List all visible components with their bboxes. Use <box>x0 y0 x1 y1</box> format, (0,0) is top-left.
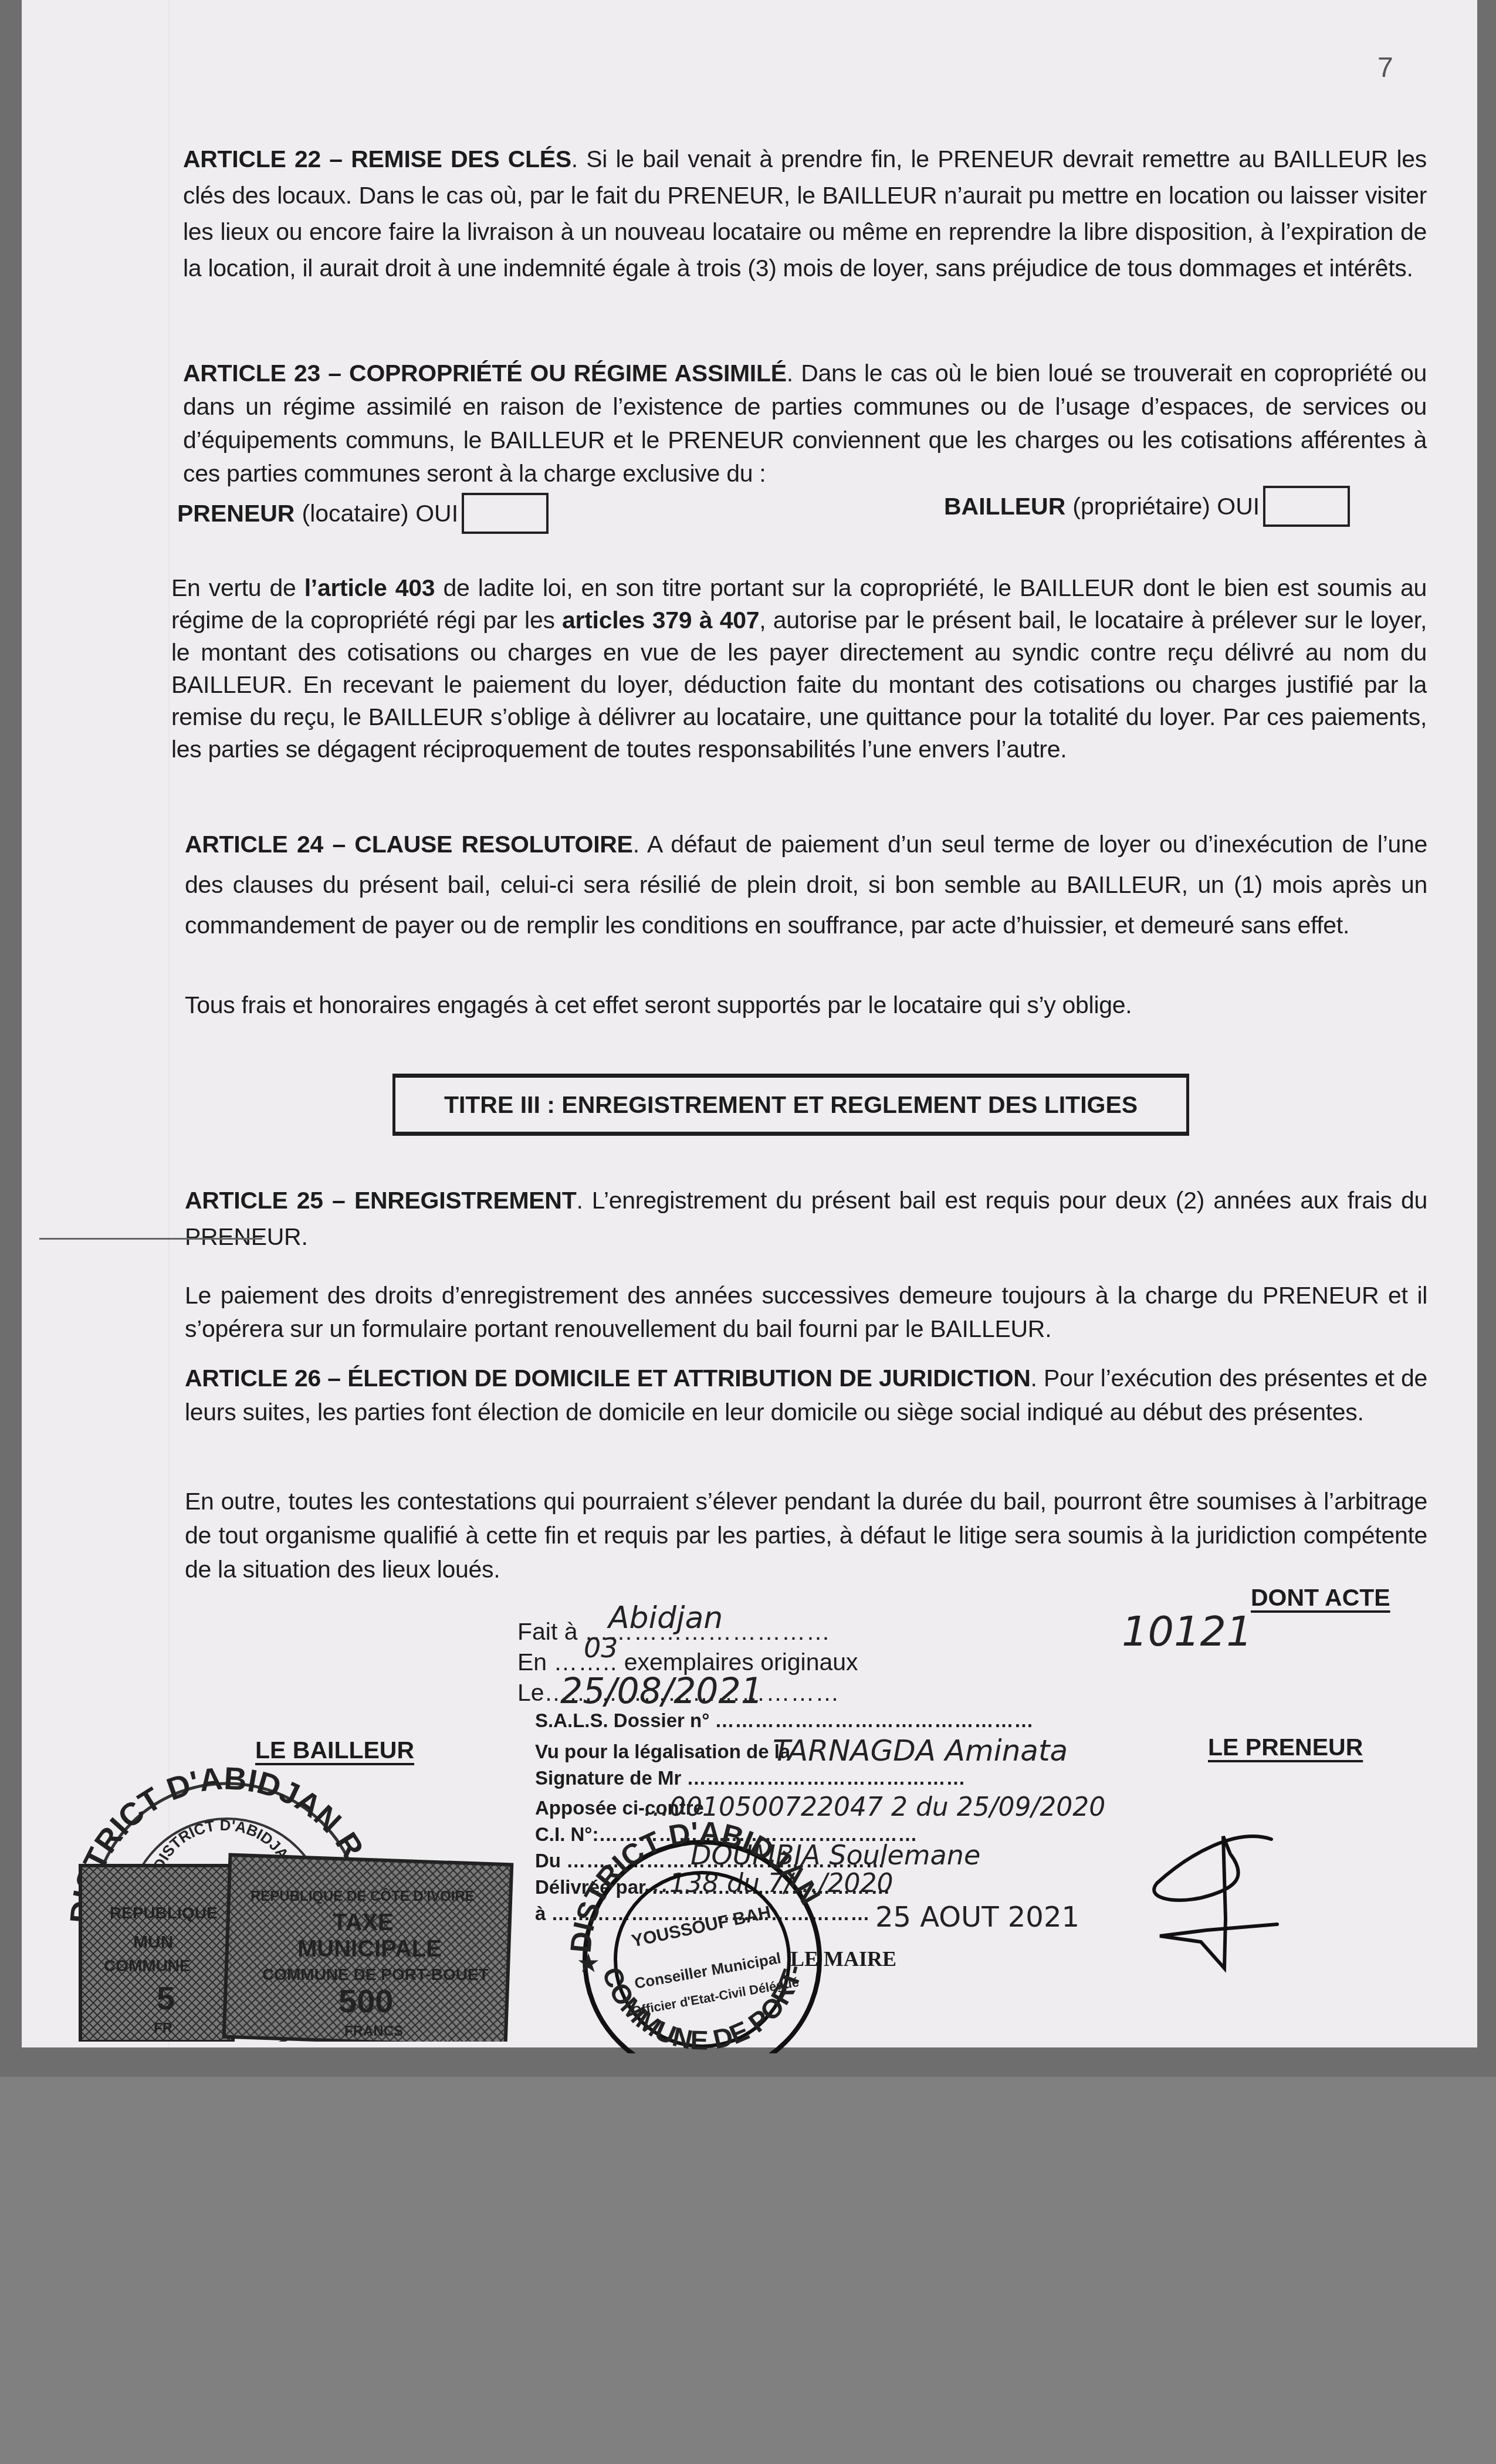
article-26-disputes: En outre, toutes les contestations qui p… <box>185 1484 1427 1586</box>
tax-stamp2-unit: FRANCS <box>344 2023 403 2039</box>
preneur-signature-label: LE PRENEUR <box>1208 1734 1363 1761</box>
en-label: En <box>517 1649 547 1676</box>
tax-stamp2-line4: COMMUNE DE PORT-BOUET <box>262 1965 489 1984</box>
dont-acte: DONT ACTE <box>1251 1584 1390 1612</box>
svg-text:★: ★ <box>578 1951 599 1976</box>
article-22-heading: ARTICLE 22 – REMISE DES CLÉS <box>183 145 571 172</box>
article-24-fees: Tous frais et honoraires engagés à cet e… <box>185 987 1427 1023</box>
choice-bailleur-label-bold: BAILLEUR <box>944 493 1065 520</box>
fait-label: Fait à <box>517 1618 578 1645</box>
article-25-payment: Le paiement des droits d’enregistrement … <box>185 1279 1427 1346</box>
tax-stamp1-unit: FR <box>154 2020 172 2036</box>
title-iii-box: TITRE III : ENREGISTREMENT ET REGLEMENT … <box>392 1074 1189 1136</box>
stamp-date: 25 AOUT 2021 <box>875 1901 1079 1934</box>
article-24: ARTICLE 24 – CLAUSE RESOLUTOIRE. A défau… <box>185 824 1427 946</box>
officer-name: YOUSSOUF BAH <box>630 1903 773 1951</box>
scan-artifact-line <box>39 1238 262 1240</box>
tax-stamp1-line2: MUN <box>133 1932 173 1952</box>
signature-name-handwritten: TARNAGDA Aminata <box>773 1734 1068 1768</box>
du-label: Du <box>535 1850 561 1871</box>
tax-stamp2-value: 500 <box>339 1982 393 2019</box>
tax-stamp2-line1: REPUBLIQUE DE CÔTE D'IVOIRE <box>251 1888 475 1904</box>
choice-preneur-label: (locataire) OUI <box>302 500 458 527</box>
article-25-heading: ARTICLE 25 – ENREGISTREMENT <box>185 1187 576 1214</box>
commune-port-bouet-stamp: DISTRICT D'ABIDJAN COMMUNE DE PORT-BOUET… <box>567 1819 849 2053</box>
dossier-handwritten: 10121 <box>1122 1607 1253 1656</box>
tax-stamp2-line3: MUNICIPALE <box>297 1936 442 1962</box>
choice-preneur: PRENEUR (locataire) OUI <box>177 493 549 534</box>
article-23: ARTICLE 23 – COPROPRIÉTÉ OU RÉGIME ASSIM… <box>183 357 1427 490</box>
article-403-paragraph: En vertu de l’article 403 de ladite loi,… <box>171 572 1427 766</box>
tax-stamp1-line1: REPUBLIQUE <box>110 1904 218 1922</box>
article-26-heading: ARTICLE 26 – ÉLECTION DE DOMICILE ET ATT… <box>185 1365 1031 1392</box>
document-page: 7 ARTICLE 22 – REMISE DES CLÉS. Si le ba… <box>22 0 1477 2047</box>
article-23-heading: ARTICLE 23 – COPROPRIÉTÉ OU RÉGIME ASSIM… <box>183 360 787 387</box>
signature-label: Signature de Mr <box>535 1767 681 1789</box>
tax-stamp1-line3: COMMUNE <box>104 1957 191 1975</box>
le-handwritten: 25/08/2021 <box>560 1671 763 1712</box>
article-26: ARTICLE 26 – ÉLECTION DE DOMICILE ET ATT… <box>185 1361 1427 1429</box>
choice-bailleur: BAILLEUR (propriétaire) OUI <box>944 486 1350 527</box>
a-label: à <box>535 1903 546 1924</box>
le-label: Le <box>517 1679 544 1706</box>
district-stamp-and-tax-stamps: DISTRICT D'ABIDJAN R.C.I DISTRICT D'ABID… <box>69 1748 515 2042</box>
text: En vertu de <box>171 574 304 601</box>
choice-preneur-label-bold: PRENEUR <box>177 500 295 527</box>
articles-379-407-ref: articles 379 à 407 <box>562 607 759 634</box>
article-403-ref: l’article 403 <box>304 574 435 601</box>
page-number: 7 <box>1377 52 1393 84</box>
article-25: ARTICLE 25 – ENREGISTREMENT. L’enregistr… <box>185 1182 1427 1255</box>
article-24-heading: ARTICLE 24 – CLAUSE RESOLUTOIRE <box>185 831 633 858</box>
vu-label: Vu pour la légalisation de la <box>535 1741 790 1762</box>
preneur-checkbox[interactable] <box>462 493 549 534</box>
tax-stamp1-value: 5 <box>157 1979 175 2016</box>
tax-stamp2-line2: TAXE <box>333 1910 394 1935</box>
dossier-label: S.A.L.S. Dossier n° <box>535 1710 709 1731</box>
fait-handwritten: Abidjan <box>608 1600 723 1636</box>
en-handwritten: 03 <box>584 1632 618 1664</box>
choice-bailleur-label: (propriétaire) OUI <box>1072 493 1260 520</box>
ci-handwritten: …0010500722047 2 du 25/09/2020 <box>644 1792 1105 1822</box>
bailleur-checkbox[interactable] <box>1263 486 1350 527</box>
article-22: ARTICLE 22 – REMISE DES CLÉS. Si le bail… <box>183 141 1427 286</box>
preneur-signature <box>1136 1819 1312 1995</box>
